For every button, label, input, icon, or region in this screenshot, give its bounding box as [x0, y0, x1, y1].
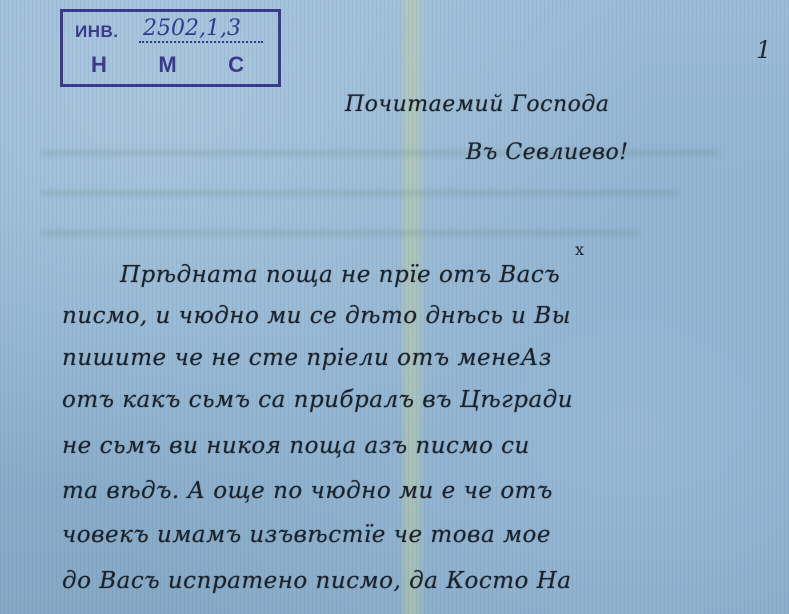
stamp-letters: Н М С	[63, 52, 278, 78]
stamp-inventory-number: 2502,1,3	[139, 16, 263, 43]
letter-line: та вѣдъ. А още по чюдно ми е че отъ	[62, 478, 553, 504]
page-number: 1	[756, 36, 771, 64]
letter-line: писмо, и чюдно ми се дѣто днѣсь и Вы	[62, 303, 571, 329]
bleed-through-line	[40, 190, 680, 196]
archive-inventory-stamp: ИНВ. 2502,1,3 Н М С	[60, 9, 281, 87]
letter-line: пишите че не сте пріели отъ менеАз	[62, 345, 552, 371]
insertion-mark: x	[575, 240, 584, 259]
letter-line: Прѣдната поща не прїе отъ Васъ	[120, 262, 560, 288]
stamp-letter: М	[158, 52, 176, 78]
letter-line: отъ какъ сьмъ са прибралъ въ Цѣгради	[62, 387, 573, 413]
bleed-through-line	[40, 230, 640, 236]
letter-line: не сьмъ ви никоя поща азъ писмо си	[62, 433, 530, 459]
salutation-line-1: Почитаемий Господа	[345, 92, 609, 117]
stamp-letter: С	[228, 52, 244, 78]
salutation-line-2: Въ Севлиево!	[466, 140, 629, 165]
letter-line: до Васъ испратено писмо, да Косто На	[62, 568, 571, 594]
stamp-letter: Н	[91, 52, 107, 78]
letter-line: човекъ имамъ изъвѣстїе че това мое	[62, 522, 551, 548]
stamp-prefix: ИНВ.	[75, 22, 119, 42]
